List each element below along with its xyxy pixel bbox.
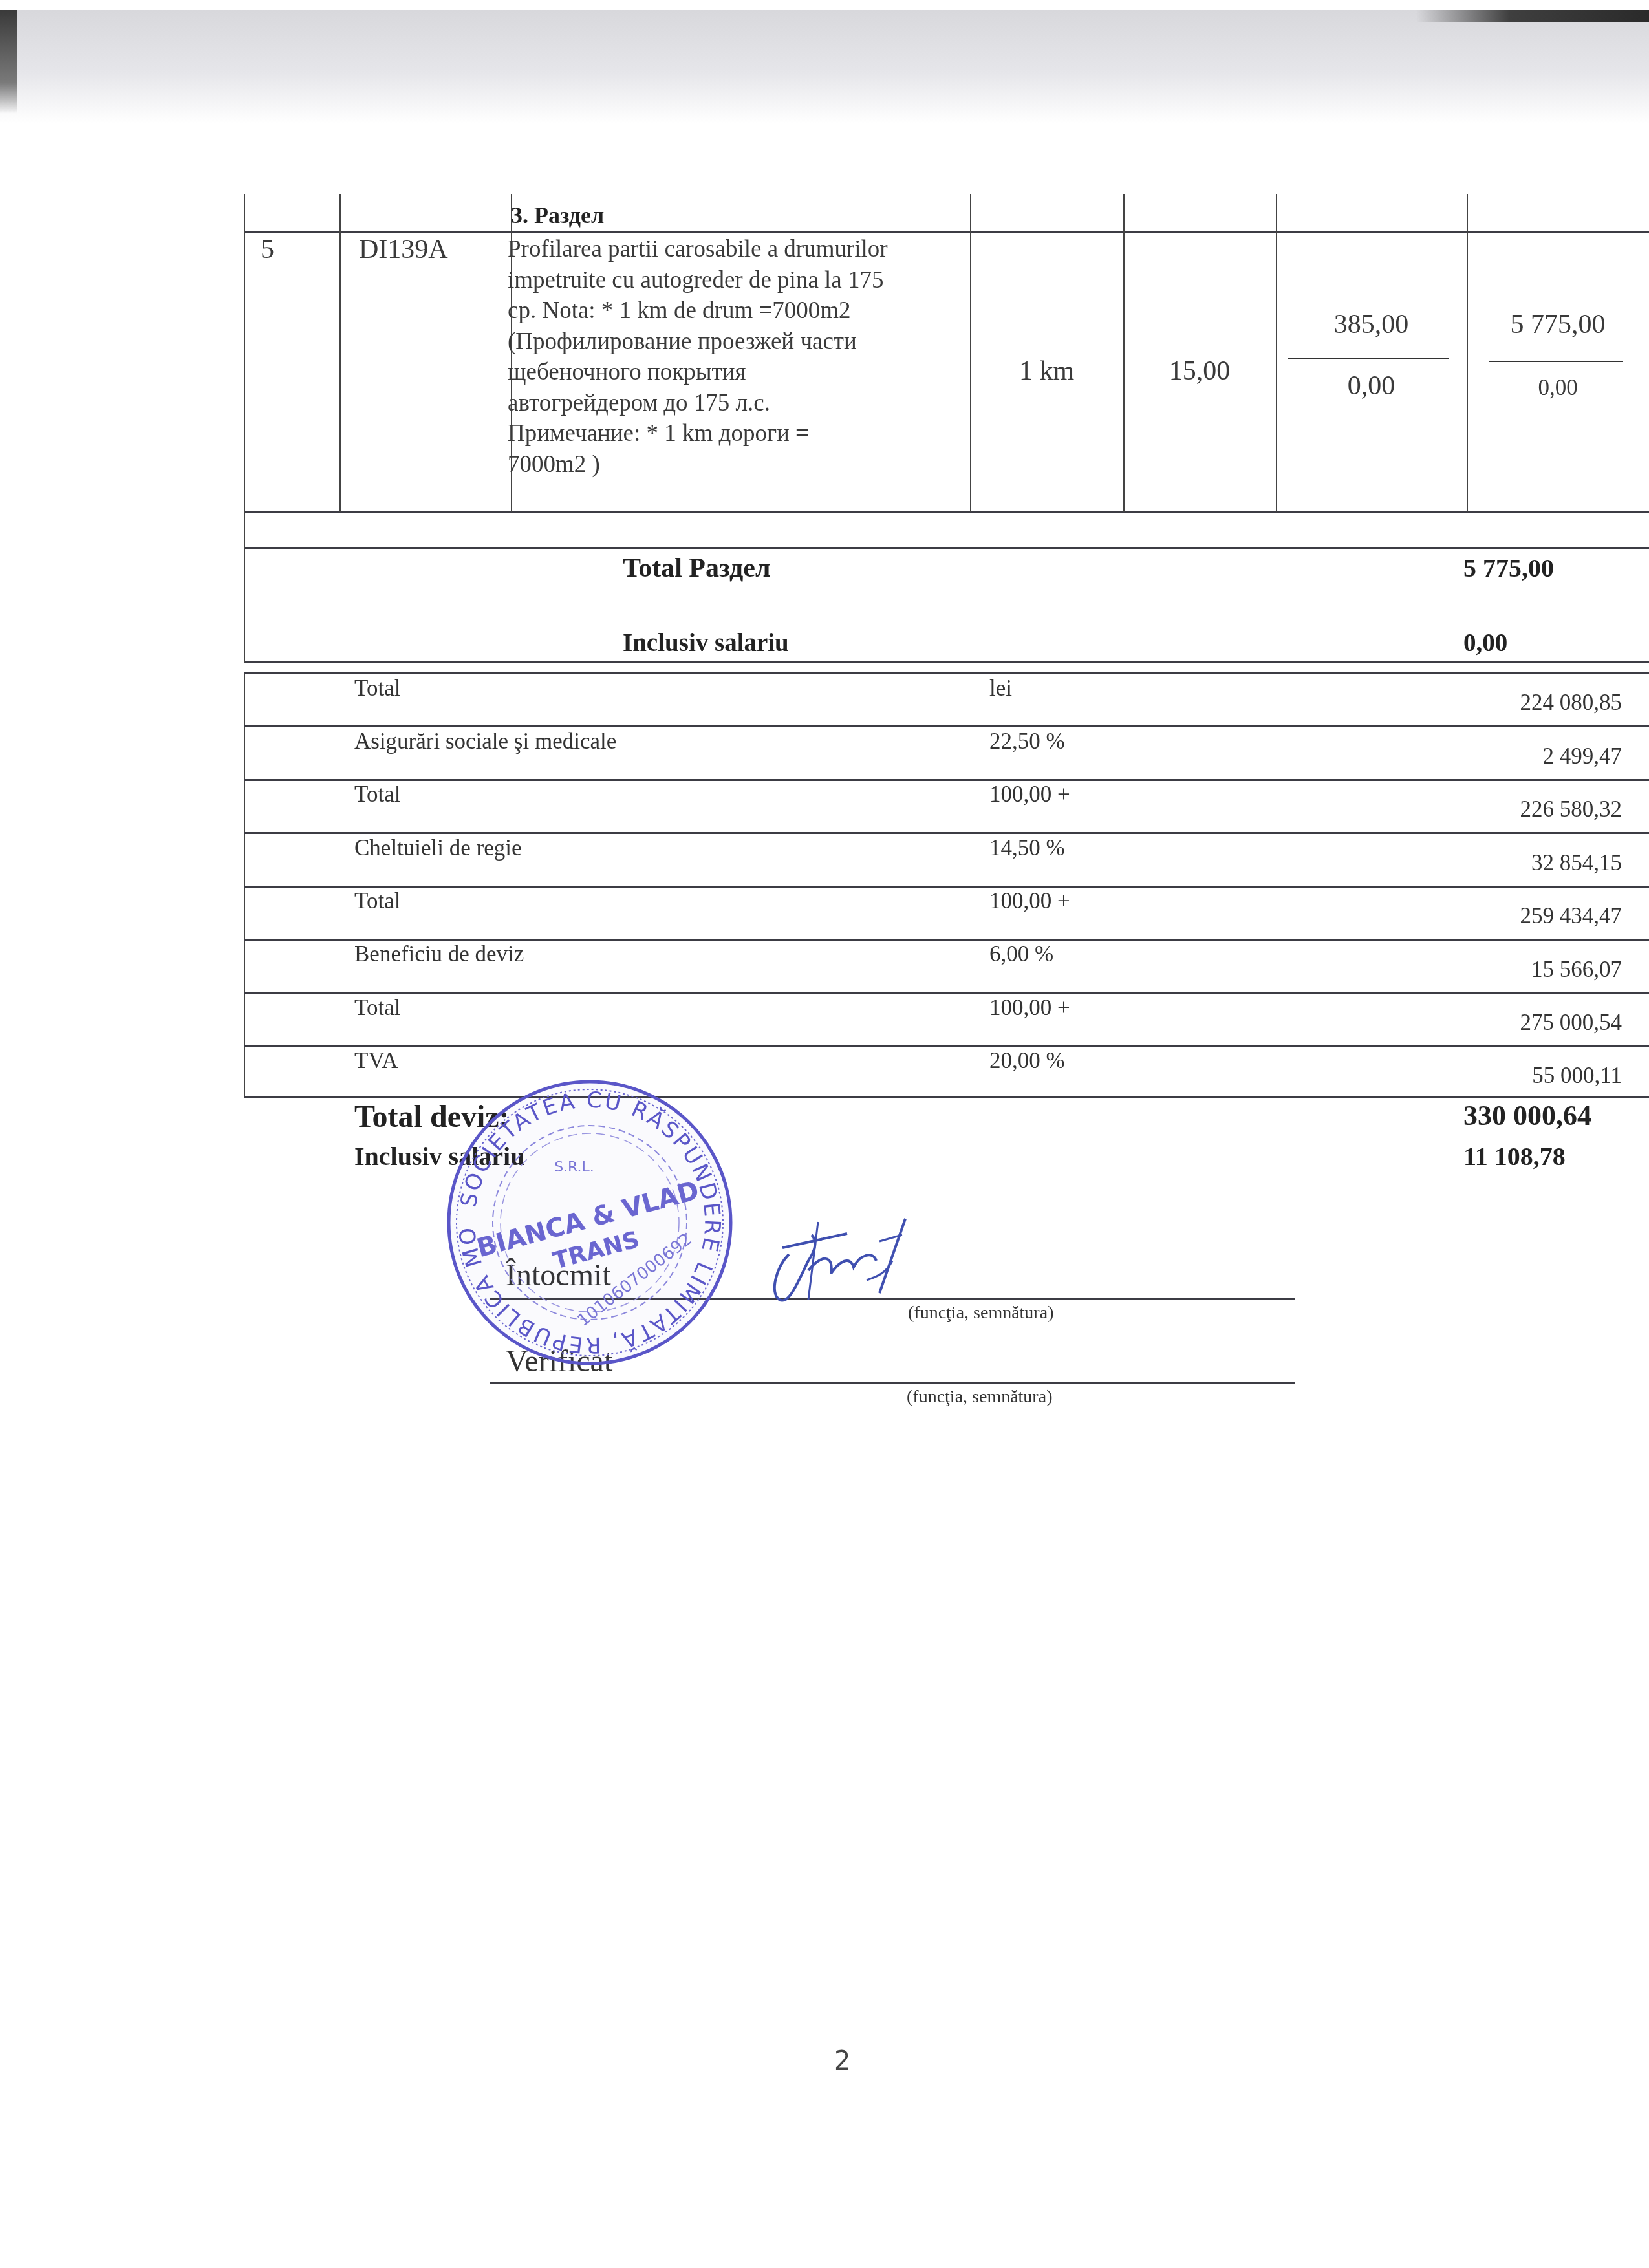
summary-rate: 14,50 %: [989, 835, 1065, 861]
summary-value: 224 080,85: [1520, 690, 1622, 716]
summary-label: Total: [354, 676, 400, 701]
column-line: [244, 672, 245, 1096]
column-line: [339, 194, 341, 512]
description-line: impetruite cu autogreder de pina la 175: [508, 265, 973, 296]
svg-text:S.R.L.: S.R.L.: [554, 1159, 594, 1175]
item-description: Profilarea partii carosabile a drumurilo…: [508, 234, 973, 480]
item-code: DI139A: [359, 234, 448, 265]
column-line: [1123, 194, 1125, 512]
summary-value: 2 499,47: [1543, 744, 1622, 769]
scan-edge-right: [1416, 10, 1649, 22]
summary-rate: 100,00 +: [989, 888, 1070, 914]
grand-total-value: 330 000,64: [1463, 1099, 1591, 1132]
description-line: Примечание: * 1 km дороги =: [508, 418, 973, 449]
row-divider: [244, 661, 1649, 663]
fraction-line: [1288, 358, 1449, 359]
summary-label: Total: [354, 995, 400, 1021]
summary-value: 275 000,54: [1520, 1010, 1622, 1036]
row-divider: [244, 832, 1649, 834]
item-total-salary: 0,00: [1467, 375, 1649, 401]
verified-caption: (funcţia, semnătura): [907, 1387, 1052, 1407]
fraction-line: [1489, 361, 1623, 362]
summary-rate: 22,50 %: [989, 729, 1065, 754]
row-divider: [244, 672, 1649, 674]
column-line: [1276, 194, 1277, 512]
summary-label: TVA: [354, 1048, 398, 1074]
section-salary-value: 0,00: [1463, 628, 1507, 658]
item-number: 5: [261, 234, 274, 265]
description-line: Profilarea partii carosabile a drumurilo…: [508, 234, 973, 265]
summary-value: 55 000,11: [1532, 1063, 1622, 1089]
row-divider: [244, 939, 1649, 941]
summary-rate: 100,00 +: [989, 782, 1070, 808]
summary-label: Beneficiu de deviz: [354, 941, 524, 967]
summary-rate: lei: [989, 676, 1012, 701]
page-number: 2: [834, 2046, 850, 2076]
summary-value: 259 434,47: [1520, 903, 1622, 929]
scan-edge-left: [0, 10, 17, 114]
section-salary-label: Inclusiv salariu: [623, 628, 789, 658]
summary-rate: 100,00 +: [989, 995, 1070, 1021]
item-unit: 1 km: [970, 356, 1123, 387]
scan-shadow: [0, 10, 1649, 123]
grand-salary-value: 11 108,78: [1463, 1141, 1566, 1171]
item-quantity: 15,00: [1123, 356, 1276, 387]
row-divider: [244, 886, 1649, 888]
summary-value: 32 854,15: [1531, 850, 1622, 876]
row-divider: [244, 1045, 1649, 1047]
row-divider: [244, 231, 1649, 233]
item-total: 5 775,00: [1467, 309, 1649, 340]
column-line: [1467, 194, 1468, 512]
description-line: 7000m2 ): [508, 449, 973, 480]
summary-label: Total: [354, 782, 400, 808]
handwritten-signature-icon: [763, 1215, 970, 1312]
summary-rate: 6,00 %: [989, 941, 1053, 967]
description-line: cp. Nota: * 1 km de drum =7000m2: [508, 295, 973, 326]
row-divider: [244, 725, 1649, 727]
summary-rate: 20,00 %: [989, 1048, 1065, 1074]
summary-label: Asigurări sociale şi medicale: [354, 729, 616, 754]
summary-label: Cheltuieli de regie: [354, 835, 522, 861]
description-line: щебеночного покрытия: [508, 357, 973, 388]
row-divider: [244, 511, 1649, 513]
column-line: [244, 194, 245, 663]
section-title: 3. Раздел: [511, 202, 604, 229]
summary-label: Total: [354, 888, 400, 914]
description-line: автогрейдером до 175 л.с.: [508, 388, 973, 419]
section-total-value: 5 775,00: [1463, 553, 1554, 583]
signature-line: [490, 1382, 1295, 1384]
description-line: (Профилирование проезжей части: [508, 326, 973, 358]
item-unit-price-salary: 0,00: [1276, 370, 1467, 401]
row-divider: [244, 779, 1649, 781]
row-divider: [244, 992, 1649, 994]
summary-value: 15 566,07: [1531, 957, 1622, 983]
section-total-label: Total Раздел: [623, 553, 771, 584]
company-stamp-icon: SOCIETATEA CU RĂSPUNDERE LIMITATĂ, REPUB…: [445, 1078, 735, 1367]
row-divider: [244, 547, 1649, 549]
item-unit-price: 385,00: [1276, 309, 1467, 340]
summary-value: 226 580,32: [1520, 797, 1622, 822]
